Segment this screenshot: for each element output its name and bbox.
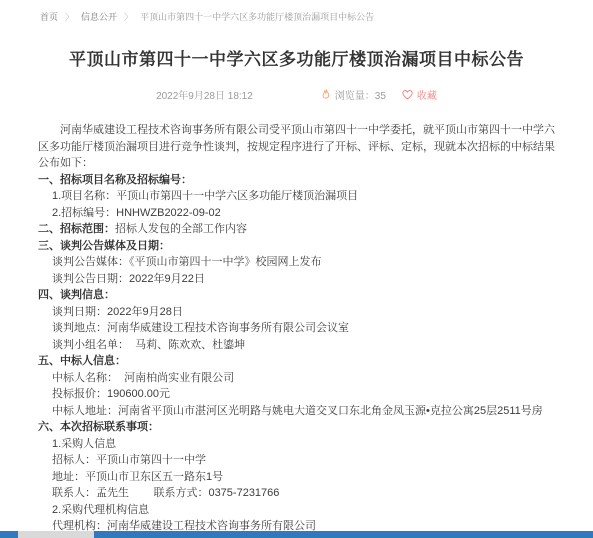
article-body: 河南华威建设工程技术咨询事务所有限公司受平顶山市第四十一中学委托，就平顶山市第四… [0,122,593,535]
section-line: 2.招标编号：HNHWZB2022-09-02 [38,205,565,222]
breadcrumb: 首页〉信息公开〉平顶山市第四十一中学六区多功能厅楼顶治漏项目中标公告 [0,0,593,23]
publish-date: 2022年9月28日 18:12 [156,87,253,102]
bottom-bar-notch [18,531,94,538]
announcement-page: 首页〉信息公开〉平顶山市第四十一中学六区多功能厅楼顶治漏项目中标公告 平顶山市第… [0,0,593,538]
section-line: 谈判公告日期：2022年9月22日 [38,271,565,288]
page-title: 平顶山市第四十一中学六区多功能厅楼顶治漏项目中标公告 [0,45,593,70]
section-heading: 一、招标项目名称及招标编号： [38,172,565,189]
breadcrumb-link[interactable]: 信息公开 [81,12,117,22]
view-count: 浏览量：35 [321,87,386,102]
section-line: 投标报价：190600.00元 [38,386,565,403]
section-line: 中标人名称： 河南柏尚实业有限公司 [38,370,565,387]
section-line: 中标人地址：河南省平顶山市湛河区光明路与姚电大道交叉口东北角金凤玉源•克拉公寓2… [38,403,565,420]
view-count-label: 浏览量：35 [335,87,386,102]
flame-icon [321,89,331,100]
section-heading: 五、中标人信息： [38,353,565,370]
section-line: 谈判地点：河南华威建设工程技术咨询事务所有限公司会议室 [38,320,565,337]
breadcrumb-current: 平顶山市第四十一中学六区多功能厅楼顶治漏项目中标公告 [140,12,374,22]
article-body-sections: 一、招标项目名称及招标编号：1.项目名称：平顶山市第四十一中学六区多功能厅楼顶治… [38,172,565,535]
section-line: 1.采购人信息 [38,436,565,453]
section-line: 联系人：孟先生 联系方式：0375-7231766 [38,485,565,502]
heart-icon [402,90,413,100]
section-line: 地址：平顶山市卫东区五一路东1号 [38,469,565,486]
section-heading: 四、谈判信息： [38,287,565,304]
section-line: 谈判日期：2022年9月28日 [38,304,565,321]
section-line: 谈判小组名单： 马莉、陈欢欢、杜鎏坤 [38,337,565,354]
section-heading: 二、招标范围：招标人发包的全部工作内容 [38,221,565,238]
section-heading: 六、本次招标联系事项： [38,419,565,436]
section-line: 招标人：平顶山市第四十一中学 [38,452,565,469]
section-line: 谈判公告媒体：《平顶山市第四十一中学》校园网上发布 [38,254,565,271]
breadcrumb-link[interactable]: 首页 [40,12,58,22]
favorite-label: 收藏 [417,87,437,102]
favorite-button[interactable]: 收藏 [402,87,437,102]
article-meta: 2022年9月28日 18:12 浏览量：35 收藏 [0,87,593,102]
breadcrumb-separator-icon: 〉 [65,12,74,22]
section-heading: 三、谈判公告媒体及日期： [38,238,565,255]
section-line: 1.项目名称：平顶山市第四十一中学六区多功能厅楼顶治漏项目 [38,188,565,205]
section-line: 2.采购代理机构信息 [38,502,565,519]
breadcrumb-separator-icon: 〉 [124,12,133,22]
intro-paragraph: 河南华威建设工程技术咨询事务所有限公司受平顶山市第四十一中学委托，就平顶山市第四… [38,122,565,172]
bottom-window-bar [0,531,593,538]
